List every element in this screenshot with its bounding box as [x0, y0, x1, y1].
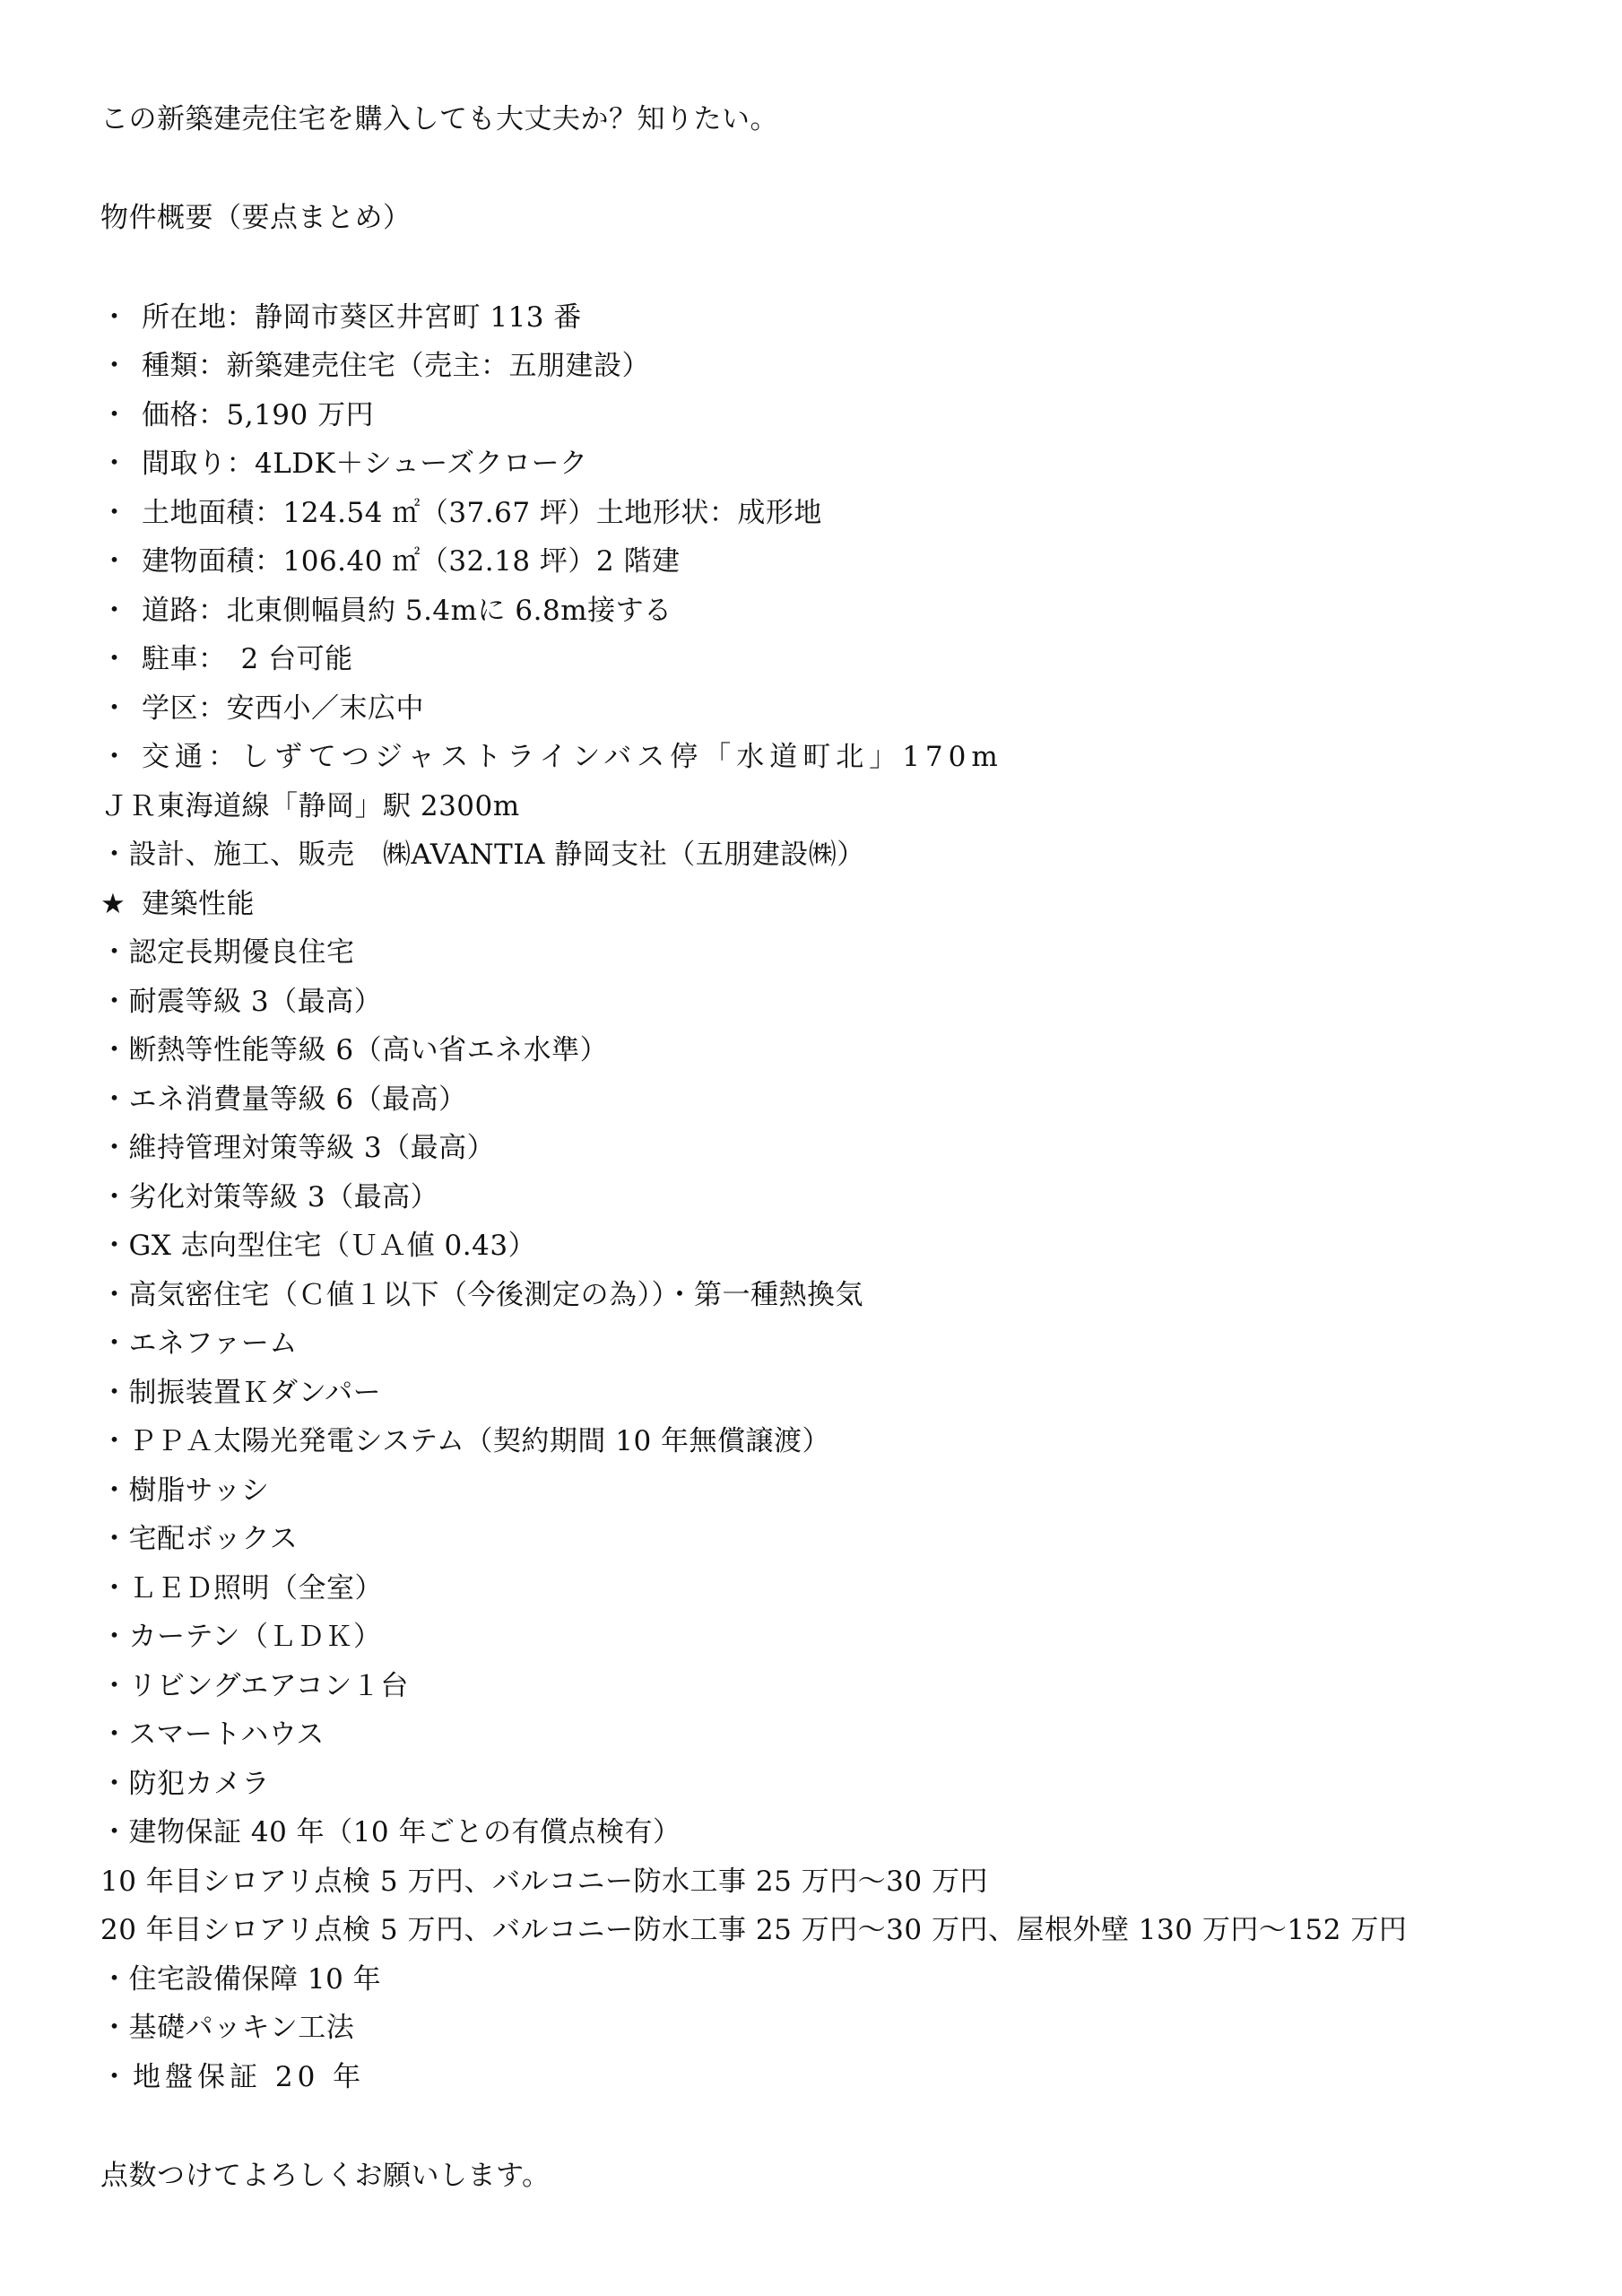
list-item: ・劣化対策等級 3（最高） [100, 1179, 438, 1215]
list-item: ・高気密住宅（Ｃ値１以下（今後測定の為））・第一種熱換気 [100, 1277, 863, 1313]
list-item: ・防犯カメラ [100, 1766, 270, 1802]
list-item: ・エネファーム [100, 1326, 298, 1361]
closing-request: 点数つけてよろしくお願いします。 [100, 2158, 551, 2194]
list-item: ・建物面積：106.40 ㎡（32.18 坪）2 階建 [100, 544, 681, 579]
warranty-detail-10yr: 10 年目シロアリ点検 5 万円、バルコニー防水工事 25 万円〜30 万円 [100, 1864, 988, 1900]
list-item: ・リビングエアコン１台 [100, 1668, 409, 1704]
list-item: ・所在地：静岡市葵区井宮町 113 番 [100, 300, 582, 335]
list-item: ・駐車： 2 台可能 [100, 641, 353, 677]
list-item: ・基礎パッキン工法 [100, 2010, 354, 2046]
list-item: ・土地面積：124.54 ㎡（37.67 坪）土地形状：成形地 [100, 495, 822, 531]
list-item: ・住宅設備保障 10 年 [100, 1961, 381, 1997]
bullet-icon: ・ [100, 397, 142, 433]
list-item: ・道路：北東側幅員約 5.4mに 6.8m接する [100, 593, 672, 629]
list-item: ・エネ消費量等級 6（最高） [100, 1082, 467, 1118]
list-item: ・認定長期優良住宅 [100, 935, 355, 970]
bullet-icon: ・ [100, 348, 142, 384]
list-item: ・間取り：4LDK＋シューズクローク [100, 446, 588, 482]
bullet-icon: ・ [100, 495, 142, 531]
list-item: ・ＬＥＤ照明（全室） [100, 1570, 383, 1606]
transit-continuation: ＪＲ東海道線「静岡」駅 2300m [100, 788, 520, 824]
performance-heading: ★建築性能 [100, 886, 255, 922]
bullet-icon: ・ [100, 593, 142, 629]
list-item: ・地盤保証 20 年 [100, 2059, 365, 2095]
list-item: ・種類：新築建売住宅（売主：五朋建設） [100, 348, 650, 384]
list-item: ・宅配ボックス [100, 1521, 298, 1557]
bullet-icon: ・ [100, 300, 142, 335]
list-item: ・スマートハウス [100, 1717, 325, 1752]
bullet-icon: ・ [100, 641, 142, 677]
list-item: ・GX 志向型住宅（ＵＡ値 0.43） [100, 1228, 536, 1264]
star-icon: ★ [100, 886, 142, 922]
intro-question: この新築建売住宅を購入しても大丈夫か？知りたい。 [100, 101, 778, 137]
list-item: ・ＰＰＡ太陽光発電システム（契約期間 10 年無償譲渡） [100, 1423, 830, 1459]
overview-heading: 物件概要（要点まとめ） [100, 200, 412, 236]
list-item: ・維持管理対策等級 3（最高） [100, 1130, 495, 1166]
builder-line: ・設計、施工、販売 ㈱AVANTIA 静岡支社（五朋建設㈱） [100, 837, 865, 873]
list-item: ・学区：安西小／末広中 [100, 691, 424, 726]
list-item: ・制振装置Ｋダンパー [100, 1375, 381, 1411]
list-item: ・樹脂サッシ [100, 1473, 269, 1509]
list-item: ・交通：しずてつジャストラインバス停「水道町北」170m [100, 739, 1003, 775]
list-item: ・建物保証 40 年（10 年ごとの有償点検有） [100, 1814, 681, 1850]
list-item: ・価格：5,190 万円 [100, 397, 374, 433]
bullet-icon: ・ [100, 691, 142, 726]
list-item: ・カーテン（ＬＤＫ） [100, 1619, 381, 1655]
bullet-icon: ・ [100, 544, 142, 579]
list-item: ・断熱等性能等級 6（高い省エネ水準） [100, 1032, 608, 1068]
list-item: ・耐震等級 3（最高） [100, 984, 382, 1020]
bullet-icon: ・ [100, 446, 142, 482]
bullet-icon: ・ [100, 739, 142, 775]
warranty-detail-20yr: 20 年目シロアリ点検 5 万円、バルコニー防水工事 25 万円〜30 万円、屋… [100, 1912, 1407, 1948]
